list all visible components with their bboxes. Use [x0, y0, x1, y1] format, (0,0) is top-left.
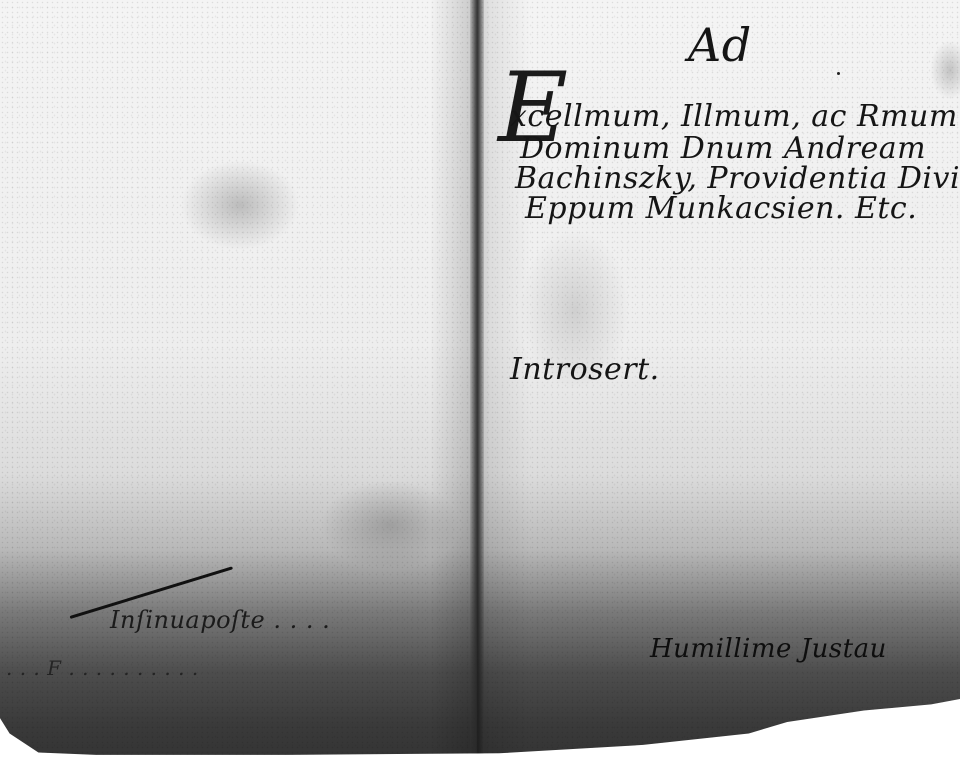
right-panel: Ad E xcellmum, Illmum, ac Rmum Dominum D… — [480, 0, 960, 764]
address-line-4: Eppum Munkacsien. Etc. — [525, 192, 917, 226]
manuscript-page: Inſinuapoſte . . . . . . . F . . . . . .… — [0, 0, 960, 764]
left-note-line-1: Inſinuapoſte . . . . — [110, 606, 330, 634]
left-note-line-2: . . . F . . . . . . . . . . — [6, 656, 199, 680]
ink-dot — [837, 72, 840, 75]
left-panel: Inſinuapoſte . . . . . . . F . . . . . .… — [0, 0, 474, 764]
closing-signature: Humillime Justau — [650, 634, 887, 664]
docket-introsert: Introsert. — [510, 352, 660, 387]
salutation-ad: Ad — [688, 18, 752, 72]
address-line-1: xcellmum, Illmum, ac Rmum — [510, 100, 958, 134]
